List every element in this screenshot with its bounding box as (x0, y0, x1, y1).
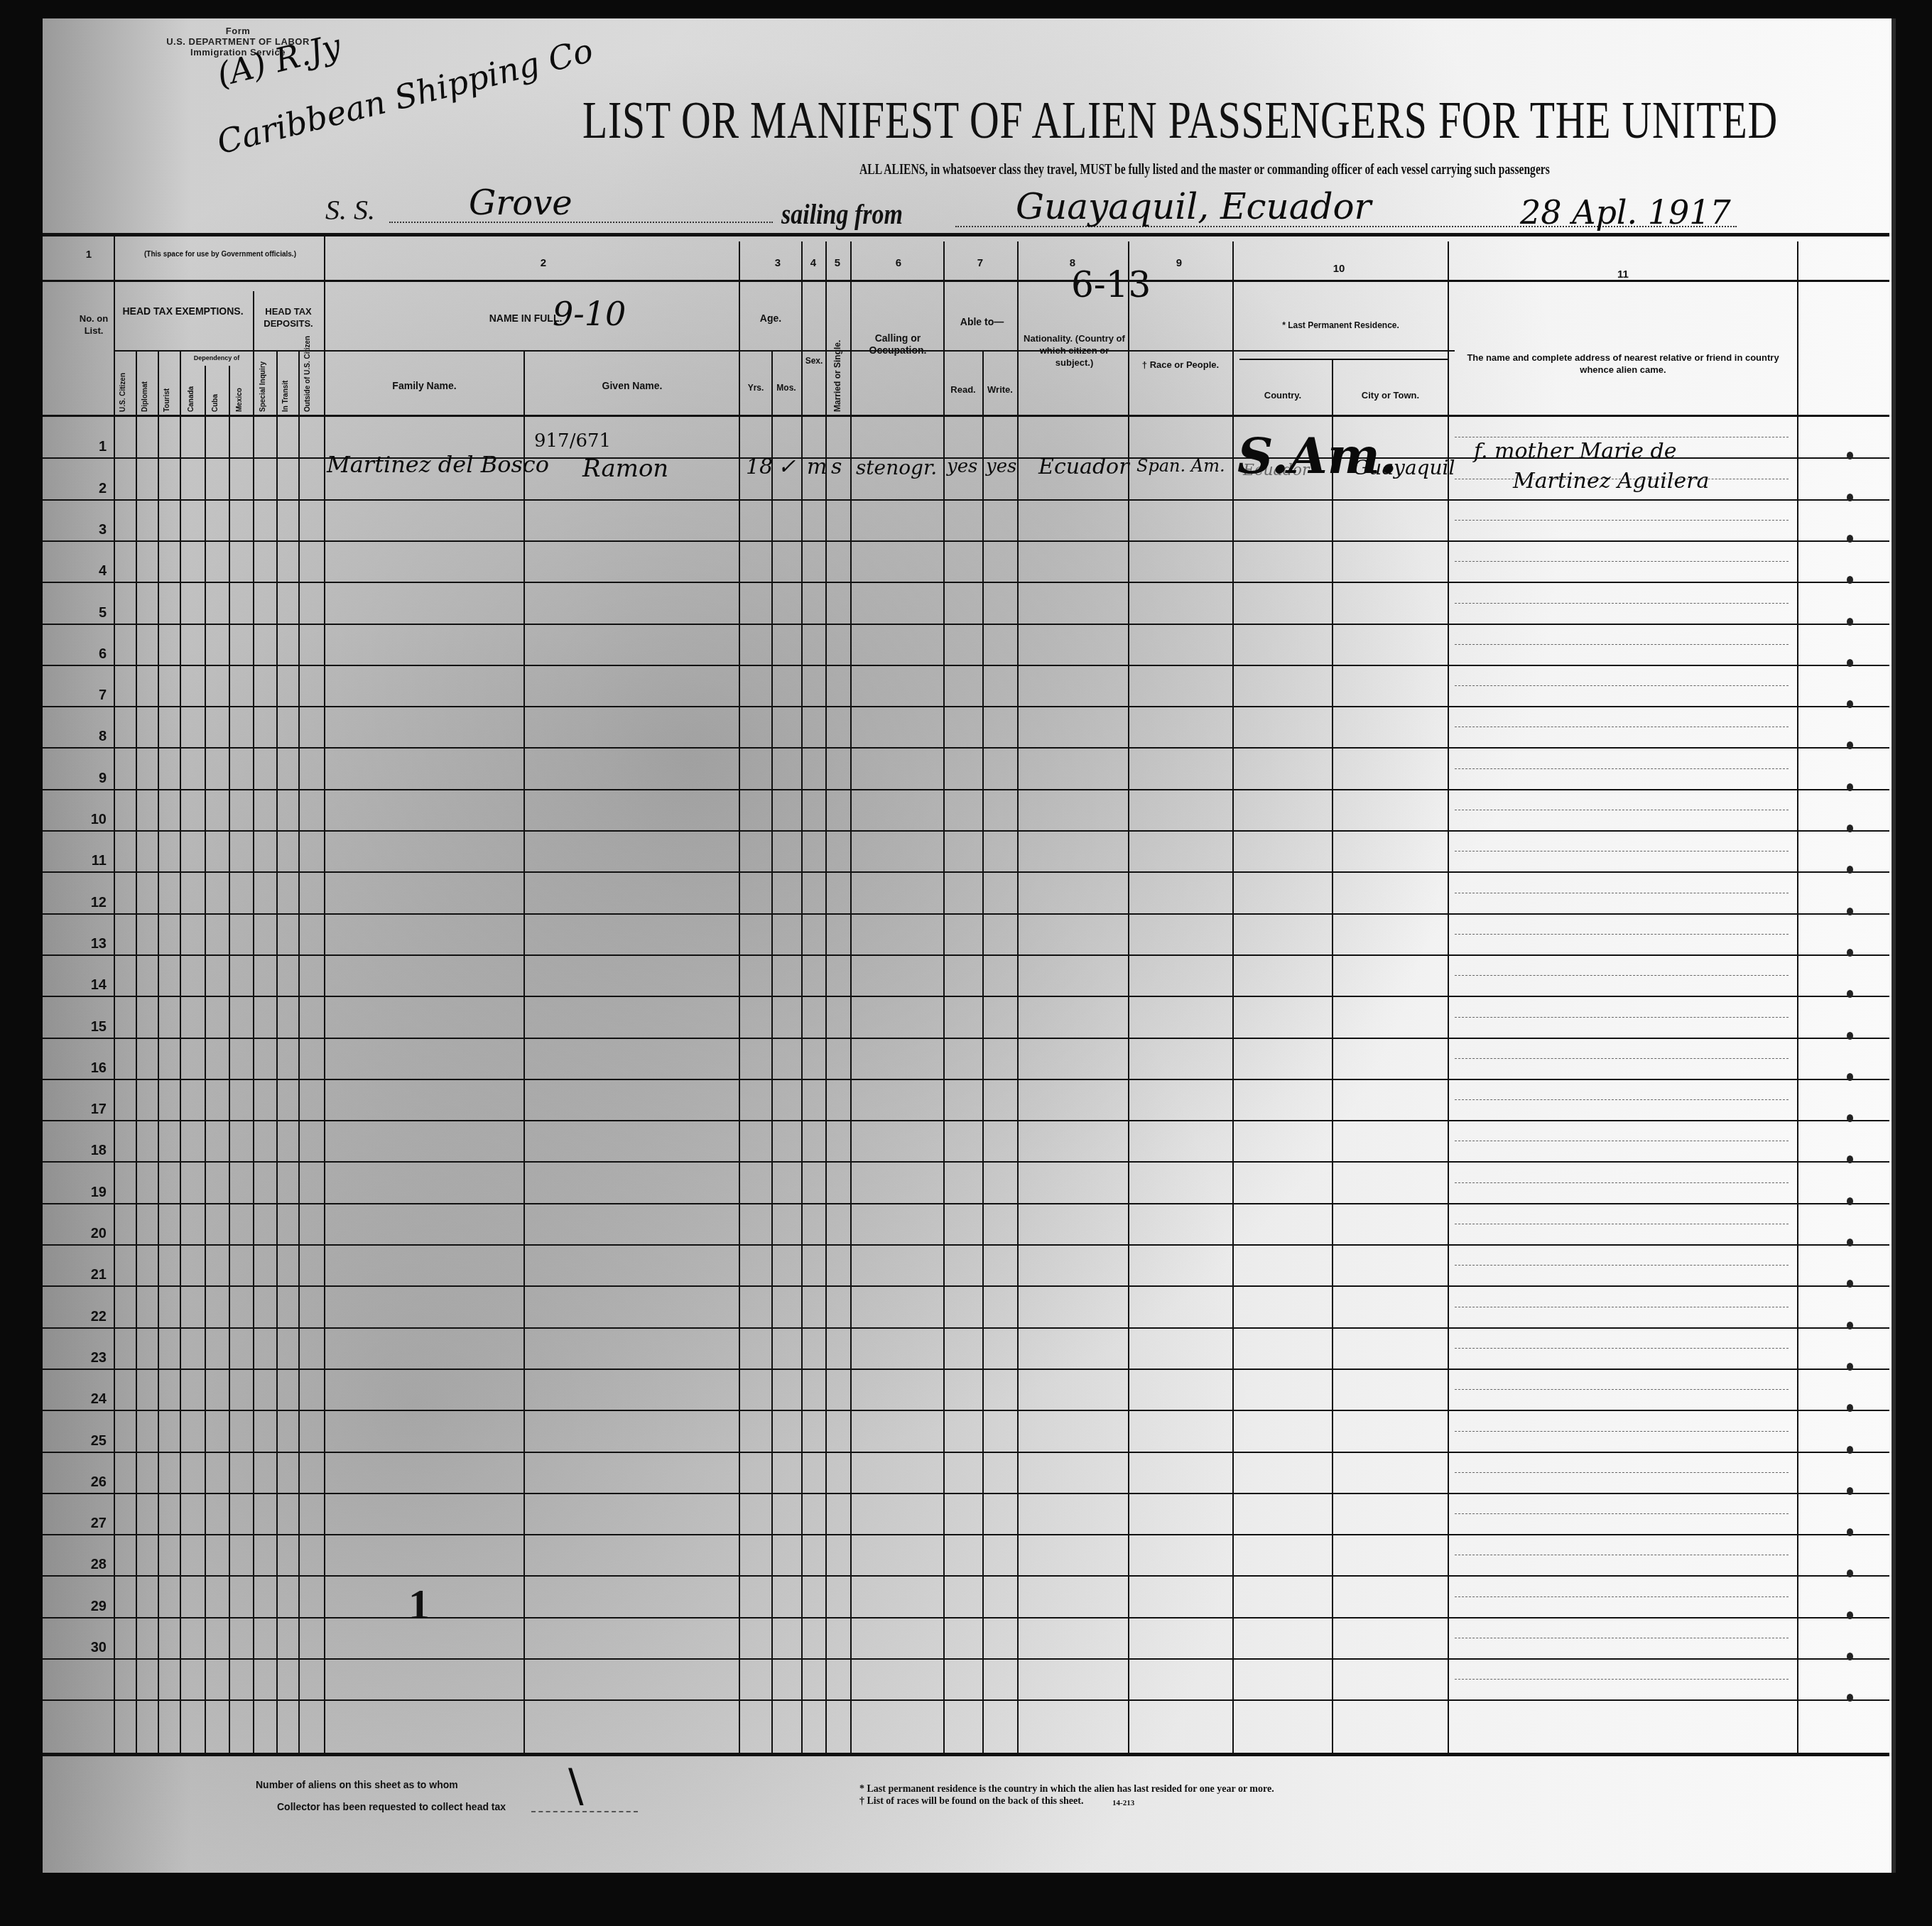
row-1-given-name: Ramon (582, 455, 668, 483)
page-marker: 1 (408, 1580, 430, 1629)
relative-guide-line (1455, 520, 1789, 521)
row-1-sex: m (807, 455, 827, 479)
row-1-married-single: s (831, 455, 842, 479)
row-number: 22 (71, 1309, 107, 1325)
relative-guide-line (1455, 975, 1789, 976)
row-number: 9 (71, 771, 107, 787)
row-rule (43, 1203, 1889, 1204)
punch-hole-icon (1847, 1487, 1853, 1495)
relative-guide-line (1455, 1472, 1789, 1473)
relative-guide-line (1455, 1555, 1789, 1555)
relative-guide-line (1455, 1389, 1789, 1390)
row-rule (43, 1617, 1889, 1618)
relative-guide-line (1455, 1141, 1789, 1141)
row-number: 1 (71, 439, 107, 455)
row-1-age-yrs: 18 (746, 455, 773, 479)
row-number: 21 (71, 1267, 107, 1283)
given-name-header: Given Name. (533, 380, 732, 392)
row-rule (43, 1452, 1889, 1453)
punch-hole-icon (1847, 576, 1853, 584)
row-number: 15 (71, 1019, 107, 1035)
row-number: 6 (71, 646, 107, 663)
row-number: 3 (71, 522, 107, 538)
race-header: † Race or People. (1131, 359, 1230, 371)
col-line (229, 366, 230, 1754)
age-header: Age. (742, 312, 799, 325)
row-1-city: Guayaquil (1353, 456, 1455, 479)
row-1-age-mos: ✓ (778, 455, 796, 479)
page-title: LIST OR MANIFEST OF ALIEN PASSENGERS FOR… (582, 91, 1778, 151)
col-line (1332, 359, 1333, 1754)
punch-hole-icon (1847, 1155, 1853, 1163)
row-rule (43, 706, 1889, 707)
punch-hole-icon (1847, 1653, 1853, 1660)
last-residence-header: * Last Permanent Residence. (1236, 320, 1445, 332)
relative-guide-line (1455, 561, 1789, 562)
row-number: 20 (71, 1226, 107, 1242)
header-sub-rule (114, 350, 1455, 352)
ship-name: Grove (469, 183, 572, 223)
punch-hole-icon (1847, 783, 1853, 791)
relative-guide-line (1455, 768, 1789, 769)
col-line (298, 352, 300, 1754)
row-number: 24 (71, 1391, 107, 1408)
exemption-col-mexico: Mexico (236, 373, 244, 412)
row-number: 27 (71, 1516, 107, 1532)
col-number: 7 (962, 257, 998, 269)
head-tax-deposits-header: HEAD TAX DEPOSITS. (254, 305, 322, 330)
punch-hole-icon (1847, 700, 1853, 708)
relative-guide-line (1455, 1596, 1789, 1597)
relative-guide-line (1455, 1017, 1789, 1018)
col-number: 4 (803, 257, 824, 269)
ship-label: S. S. (325, 193, 375, 227)
relative-guide-line (1455, 1224, 1789, 1224)
table-bottom-rule (43, 1753, 1889, 1756)
row-1-relative-line2: Martinez Aguilera (1513, 469, 1709, 494)
row-1-relative-line1: f. mother Marie de (1474, 439, 1676, 464)
row-number: 4 (71, 563, 107, 580)
footer-count-line (531, 1811, 638, 1812)
row-number: 2 (71, 481, 107, 497)
col-number: 1 (71, 249, 107, 261)
row-number: 8 (71, 729, 107, 745)
exemption-col-us-citizen: U.S. Citizen (119, 366, 127, 412)
punch-hole-icon (1847, 825, 1853, 832)
row-rule (43, 1161, 1889, 1163)
punch-hole-icon (1847, 949, 1853, 957)
col-number: 9 (1165, 257, 1193, 269)
footer-count-label-1: Number of aliens on this sheet as to who… (256, 1779, 458, 1790)
relative-guide-line (1455, 1307, 1789, 1307)
relative-guide-line (1455, 1265, 1789, 1266)
relative-guide-line (1455, 810, 1789, 810)
row-1-family-name: Martinez del Bosco (327, 451, 549, 478)
row-1-id-annotation: 917/671 (534, 430, 611, 452)
row-1-race: Span. Am. (1136, 456, 1225, 476)
row-rule (43, 747, 1889, 749)
read-header: Read. (945, 383, 982, 396)
punch-hole-icon (1847, 494, 1853, 501)
punch-hole-icon (1847, 866, 1853, 874)
relative-guide-line (1455, 1679, 1789, 1680)
punch-hole-icon (1847, 1197, 1853, 1205)
punch-hole-icon (1847, 452, 1853, 459)
row-1-nationality: Ecuador (1038, 455, 1129, 479)
punch-hole-icon (1847, 1611, 1853, 1619)
row-rule (43, 913, 1889, 915)
punch-hole-icon (1847, 1446, 1853, 1454)
row-number: 19 (71, 1185, 107, 1201)
row-number: 12 (71, 895, 107, 911)
able-to-header: Able to— (948, 316, 1016, 328)
exemption-col-diplomat: Diplomat (141, 366, 149, 412)
punch-hole-icon (1847, 1363, 1853, 1371)
row-rule (43, 996, 1889, 997)
nationality-annotation: 6-13 (1071, 264, 1151, 305)
row-rule (43, 1285, 1889, 1287)
col-line (324, 234, 325, 1754)
col-line (523, 352, 525, 1754)
punch-hole-icon (1847, 908, 1853, 915)
col-number: 5 (827, 257, 848, 269)
row-number: 28 (71, 1557, 107, 1573)
punch-hole-icon (1847, 618, 1853, 626)
relative-guide-line (1455, 851, 1789, 852)
col-number: 2 (526, 257, 561, 269)
row-1-write: yes (986, 456, 1016, 477)
country-header: Country. (1236, 389, 1330, 401)
punch-hole-icon (1847, 741, 1853, 749)
row-rule (43, 954, 1889, 956)
row-rule (43, 1658, 1889, 1660)
stamp-line: Form (153, 26, 323, 36)
relative-guide-line (1455, 727, 1789, 727)
deposit-col-special-inquiry: Special Inquiry (259, 355, 267, 412)
exemption-col-cuba: Cuba (212, 373, 219, 412)
row-number: 14 (71, 977, 107, 994)
relative-guide-line (1455, 437, 1789, 437)
row-rule (43, 1038, 1889, 1039)
row-1-occupation: stenogr. (856, 456, 937, 479)
city-header: City or Town. (1335, 389, 1445, 401)
header-bottom-rule (43, 415, 1889, 417)
row-number: 25 (71, 1433, 107, 1449)
write-header: Write. (983, 383, 1017, 396)
row-rule (43, 624, 1889, 625)
col-line (943, 241, 945, 1754)
row-rule (43, 1079, 1889, 1080)
row-number: 30 (71, 1640, 107, 1656)
age-mos-header: Mos. (772, 382, 801, 394)
family-name-header: Family Name. (334, 380, 515, 392)
relative-guide-line (1455, 1058, 1789, 1059)
sailing-from-label: sailing from (781, 197, 903, 231)
relative-guide-line (1455, 893, 1789, 893)
punch-hole-icon (1847, 1114, 1853, 1122)
row-rule (43, 1327, 1889, 1329)
name-header-annotation: 9-10 (553, 295, 626, 333)
col-line (739, 241, 740, 1754)
row-number: 10 (71, 812, 107, 828)
row-rule (43, 540, 1889, 542)
row-number: 23 (71, 1350, 107, 1366)
row-rule (43, 582, 1889, 583)
col-line (850, 241, 852, 1754)
row-number: 7 (71, 687, 107, 704)
exemption-col-tourist: Tourist (163, 366, 171, 412)
footnote-races: † List of races will be found on the bac… (859, 1796, 1083, 1807)
punch-hole-icon (1847, 1239, 1853, 1246)
col-line (158, 352, 159, 1754)
manifest-sheet (43, 18, 1896, 1873)
row-rule (43, 1493, 1889, 1494)
col-line (771, 352, 773, 1754)
relative-guide-line (1455, 1513, 1789, 1514)
col-number: 6 (881, 257, 916, 269)
col-line (801, 241, 803, 1754)
row-rule (43, 830, 1889, 832)
nationality-header: Nationality. (Country of which citizen o… (1023, 332, 1126, 369)
dependency-of-header: Dependency of (182, 352, 251, 364)
punch-hole-icon (1847, 1032, 1853, 1040)
no-on-list-header: No. on List. (78, 312, 109, 337)
col-number: 11 (1605, 268, 1641, 281)
row-rule (43, 1575, 1889, 1577)
row-number: 17 (71, 1101, 107, 1118)
col-number: 3 (760, 257, 796, 269)
row-rule (43, 871, 1889, 873)
relative-header: The name and complete address of nearest… (1463, 352, 1783, 376)
page-subtitle: ALL ALIENS, in whatsoever class they tra… (859, 162, 1550, 178)
row-rule (43, 1534, 1889, 1535)
col-line (1797, 241, 1798, 1754)
row-number: 11 (71, 853, 107, 869)
row-number: 13 (71, 936, 107, 952)
govt-use-note: (This space for use by Government offici… (117, 249, 323, 261)
footnote-last-residence: * Last permanent residence is the countr… (859, 1784, 1274, 1795)
head-tax-exemptions-header: HEAD TAX EXEMPTIONS. (117, 305, 249, 317)
punch-hole-icon (1847, 535, 1853, 543)
punch-hole-icon (1847, 1322, 1853, 1329)
row-rule (43, 1410, 1889, 1411)
row-1-read: yes (947, 456, 977, 477)
row-number: 5 (71, 605, 107, 621)
punch-hole-icon (1847, 1569, 1853, 1577)
row-rule (43, 789, 1889, 790)
punch-hole-icon (1847, 1404, 1853, 1412)
row-rule (43, 1369, 1889, 1370)
col-line (114, 234, 115, 1754)
ship-name-line (389, 222, 773, 223)
residence-sub-rule (1239, 359, 1448, 360)
punch-hole-icon (1847, 1280, 1853, 1288)
relative-guide-line (1455, 1431, 1789, 1432)
row-number: 26 (71, 1474, 107, 1491)
relative-guide-line (1455, 934, 1789, 935)
punch-hole-icon (1847, 1694, 1853, 1702)
col-line (136, 352, 137, 1754)
deposit-col-outside-citizen: Outside of U.S. Citizen (304, 355, 312, 412)
age-yrs-header: Yrs. (740, 382, 771, 394)
deposit-col-in-transit: In Transit (282, 355, 290, 412)
col-number: 10 (1321, 263, 1357, 275)
relative-guide-line (1455, 1638, 1789, 1638)
relative-guide-line (1455, 644, 1789, 645)
col-line (180, 352, 181, 1754)
footer-count-value: \ (568, 1760, 584, 1812)
relative-guide-line (1455, 685, 1789, 686)
col-line (1017, 241, 1019, 1754)
row-1-country: Ecuador (1243, 462, 1310, 479)
row-rule (43, 665, 1889, 666)
row-rule (43, 1699, 1889, 1701)
punch-hole-icon (1847, 1073, 1853, 1081)
sex-header: Sex. (803, 355, 825, 367)
form-number: 14-213 (1112, 1797, 1134, 1809)
occupation-header: Calling or Occupation. (856, 332, 940, 357)
row-rule (43, 499, 1889, 501)
married-single-header: Married or Single. (832, 320, 842, 412)
relative-guide-line (1455, 1182, 1789, 1183)
row-number: 16 (71, 1060, 107, 1077)
relative-guide-line (1455, 603, 1789, 604)
col-line (276, 352, 278, 1754)
row-rule (43, 1120, 1889, 1121)
departure-port: Guayaquil, Ecuador (1016, 186, 1372, 227)
punch-hole-icon (1847, 1528, 1853, 1536)
relative-guide-line (1455, 1348, 1789, 1349)
punch-hole-icon (1847, 990, 1853, 998)
col-line (205, 366, 206, 1754)
row-number: 18 (71, 1143, 107, 1159)
punch-hole-icon (1847, 659, 1853, 667)
row-rule (43, 1244, 1889, 1246)
footer-count-label-2: Collector has been requested to collect … (277, 1801, 506, 1812)
header-top-rule (43, 233, 1889, 236)
col-line (1232, 241, 1234, 1754)
relative-guide-line (1455, 1099, 1789, 1100)
exemption-col-canada: Canada (188, 373, 195, 412)
col-line (982, 352, 984, 1754)
departure-date: 28 Apl. 1917 (1520, 193, 1731, 232)
row-number: 29 (71, 1599, 107, 1615)
